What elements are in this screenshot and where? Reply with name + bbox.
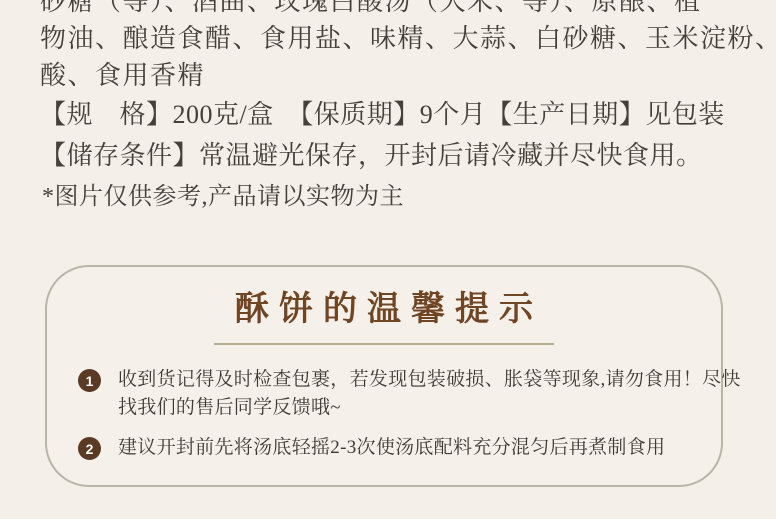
number-2-bullet-icon: 2 (78, 437, 101, 460)
number-1-bullet-icon: 1 (78, 369, 101, 392)
ingredients-line: 物油、酿造食醋、食用盐、味精、大蒜、白砂糖、玉米淀粉、柠檬 (40, 20, 750, 57)
tip-text-line: 建议开封前先将汤底轻摇2-3次使汤底配料充分混匀后再煮制食用 (118, 434, 665, 462)
ingredients-line: 酸、食用香精 (40, 57, 750, 94)
title-underline-divider (214, 343, 554, 345)
ingredients-paragraph: 砂糖（等）、酒曲、玫瑰白酸汤（大米、等）、原酿、植 物油、酿造食醋、食用盐、味精… (40, 0, 750, 94)
tips-list: 1 收到货记得及时检查包裹，若发现包装破损、胀袋等现象,请勿食用！尽快 找我们的… (47, 366, 721, 462)
tip-item-2: 2 建议开封前先将汤底轻摇2-3次使汤底配料充分混匀后再煮制食用 (78, 434, 695, 462)
tip-item-text: 收到货记得及时检查包裹，若发现包装破损、胀袋等现象,请勿食用！尽快 找我们的售后… (118, 366, 741, 422)
image-disclaimer-line: *图片仅供参考,产品请以实物为主 (42, 183, 404, 211)
tip-text-line: 收到货记得及时检查包裹，若发现包装破损、胀袋等现象,请勿食用！尽快 (118, 366, 741, 394)
tip-item-text: 建议开封前先将汤底轻摇2-3次使汤底配料充分混匀后再煮制食用 (118, 434, 665, 462)
tips-box-title: 酥饼的温馨提示 (47, 290, 721, 330)
tip-text-line: 找我们的售后同学反馈哦~ (118, 394, 741, 422)
warm-tips-box: 酥饼的温馨提示 1 收到货记得及时检查包裹，若发现包装破损、胀袋等现象,请勿食用… (45, 265, 723, 487)
spec-shelf-life-line: 【规 格】200克/盒 【保质期】9个月【生产日期】见包装 (40, 100, 725, 130)
product-description-page: 砂糖（等）、酒曲、玫瑰白酸汤（大米、等）、原酿、植 物油、酿造食醋、食用盐、味精… (0, 0, 776, 519)
tip-item-1: 1 收到货记得及时检查包裹，若发现包装破损、胀袋等现象,请勿食用！尽快 找我们的… (78, 366, 695, 422)
ingredients-line-clipped: 砂糖（等）、酒曲、玫瑰白酸汤（大米、等）、原酿、植 (40, 0, 750, 20)
storage-condition-line: 【储存条件】常温避光保存，开封后请冷藏并尽快食用。 (40, 141, 703, 171)
